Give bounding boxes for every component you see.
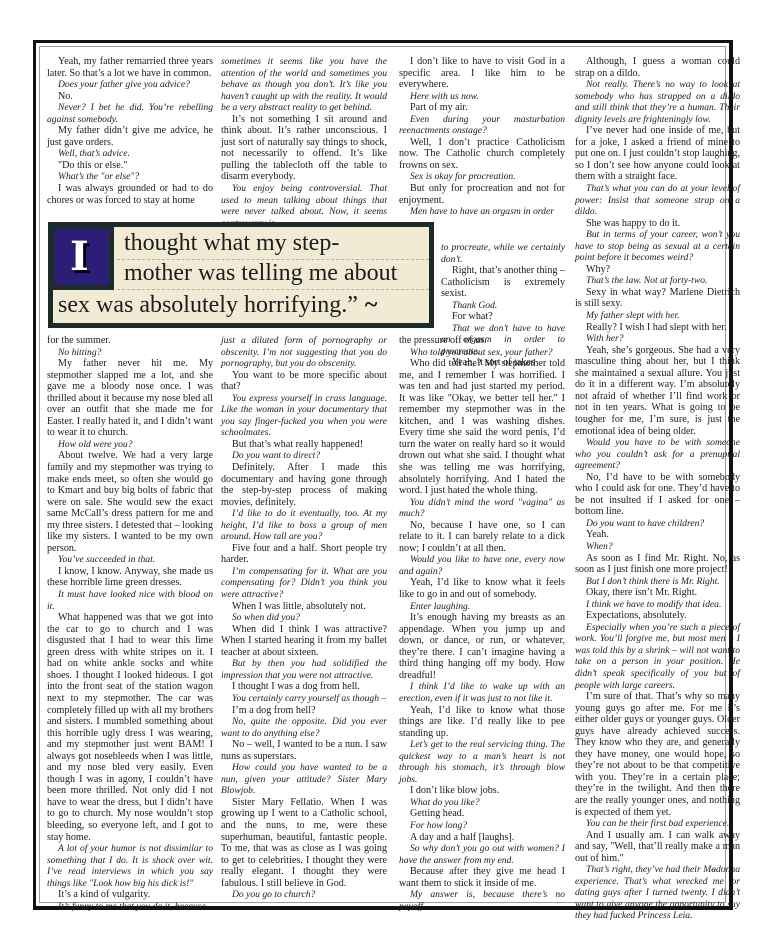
interviewee-answer: I don’t like to have to visit God in a s… bbox=[399, 56, 565, 91]
interviewer-question: You’ve succeeded in that. bbox=[47, 554, 213, 566]
interviewer-question: You can be their first bad experience. bbox=[575, 818, 740, 830]
interviewer-question: Men have to have an orgasm in order bbox=[399, 206, 565, 218]
interviewee-answer: Definitely. After I made this documentar… bbox=[221, 462, 387, 508]
pull-quote-rule bbox=[117, 289, 429, 290]
interviewer-question: My father slept with her. bbox=[575, 310, 740, 322]
interviewee-answer: Yeah, I’d like to know what those things… bbox=[399, 705, 565, 740]
column-2-top: sometimes it seems like you have the att… bbox=[221, 56, 387, 229]
interviewer-question: You certainly carry yourself as though – bbox=[221, 693, 387, 705]
interviewer-question: Enter laughing. bbox=[399, 601, 565, 613]
column-4: Although, I guess a woman could strap on… bbox=[575, 56, 740, 922]
interviewer-question: My answer is, because there’s no payoff. bbox=[399, 889, 565, 912]
interviewer-question: For how long? bbox=[399, 820, 565, 832]
interviewee-answer: Yeah. bbox=[575, 529, 740, 541]
interviewee-answer: Okay, there isn’t Mr. Right. bbox=[575, 587, 740, 599]
interviewer-question: Well, that’s advice. bbox=[47, 148, 213, 160]
interviewer-question: Even during your masturbation reenactmen… bbox=[399, 114, 565, 137]
interviewer-question: What do you like? bbox=[399, 797, 565, 809]
interviewer-question: Here with us now. bbox=[399, 91, 565, 103]
interviewee-answer: the pressure off of us. bbox=[399, 335, 565, 347]
interviewer-question: Let’s get to the real servicing thing. T… bbox=[399, 739, 565, 785]
interviewee-answer: Part of my air. bbox=[399, 102, 565, 114]
interviewer-question: Never? I bet he did. You’re rebelling ag… bbox=[47, 102, 213, 125]
interviewee-answer: My father never hit me. My stepmother sl… bbox=[47, 358, 213, 439]
interviewer-question: I’d like to do it eventually, too. At my… bbox=[221, 508, 387, 543]
interviewee-answer: Why? bbox=[575, 264, 740, 276]
interviewer-question: Who told you about sex, your father? bbox=[399, 347, 565, 359]
interviewer-question: Do you go to church? bbox=[221, 889, 387, 901]
interviewee-answer: Although, I guess a woman could strap on… bbox=[575, 56, 740, 79]
interviewer-question: When? bbox=[575, 541, 740, 553]
interviewee-answer: When did I think I was attractive? When … bbox=[221, 624, 387, 659]
drop-cap-box: I bbox=[53, 227, 111, 287]
interviewer-question: Do you want to have children? bbox=[575, 518, 740, 530]
interviewee-answer: As soon as I find Mr. Right. No, as soon… bbox=[575, 553, 740, 576]
end-mark-icon: ~ bbox=[711, 865, 716, 875]
pull-quote-line-3: sex was absolutely horrifying.” ~ bbox=[58, 292, 378, 318]
interviewee-answer: I’m sure of that. That’s why so many you… bbox=[575, 691, 740, 818]
interviewer-question: Would you like to have one, every now an… bbox=[399, 554, 565, 577]
interviewee-answer: Sexy in what way? Marlene Dietrich is st… bbox=[575, 287, 740, 310]
interviewee-answer: Yeah, she’s gorgeous. She had a very mas… bbox=[575, 345, 740, 437]
drop-cap-letter: I bbox=[70, 235, 89, 279]
interviewer-question: Not really. There’s no way to look at so… bbox=[575, 79, 740, 125]
interviewer-question: That’s what you can do at your level of … bbox=[575, 183, 740, 218]
pull-quote-line-3-text: sex was absolutely horrifying.” bbox=[58, 292, 358, 318]
interviewer-question: With her? bbox=[575, 333, 740, 345]
interviewer-question: You express yourself in crass language. … bbox=[221, 393, 387, 439]
interviewer-question: It must have looked nice with blood on i… bbox=[47, 589, 213, 612]
interviewer-question: Do you want to direct? bbox=[221, 450, 387, 462]
interviewee-answer: When I was little, absolutely not. bbox=[221, 601, 387, 613]
interviewee-answer: You want to be more specific about that? bbox=[221, 370, 387, 393]
interviewee-answer: I’ve never had one inside of me, but for… bbox=[575, 125, 740, 183]
interviewee-answer: No, I’d have to be with somebody who I c… bbox=[575, 472, 740, 518]
interviewer-question: sometimes it seems like you have the att… bbox=[221, 56, 387, 114]
interviewee-answer: Who did tell me? My stepmother told me, … bbox=[399, 358, 565, 497]
pull-quote-line-1: thought what my step- bbox=[124, 230, 339, 256]
interviewer-question: How could you have wanted to be a nun, g… bbox=[221, 762, 387, 797]
end-ornament-icon: ~ bbox=[358, 292, 378, 318]
pull-quote-line-2: mother was telling me about bbox=[124, 260, 397, 286]
column-3-bottom: the pressure off of us.Who told you abou… bbox=[399, 335, 565, 912]
interviewee-answer: I thought I was a dog from hell. bbox=[221, 681, 387, 693]
interviewer-question: to procreate, while we certainly don’t. bbox=[441, 242, 565, 265]
interviewer-question: I’m compensating for it. What are you co… bbox=[221, 566, 387, 601]
interviewee-answer: I don’t like blow jobs. bbox=[399, 785, 565, 797]
pull-quote: I thought what my step- mother was telli… bbox=[48, 222, 434, 328]
interviewee-answer: I know, I know. Anyway, she made us thes… bbox=[47, 566, 213, 589]
interviewer-question: You didn’t mind the word "vagina" as muc… bbox=[399, 497, 565, 520]
interviewee-answer: Because after they give me head I want t… bbox=[399, 866, 565, 889]
interviewer-question: What’s the "or else"? bbox=[47, 171, 213, 183]
interviewee-answer: But that’s what really happened! bbox=[221, 439, 387, 451]
interviewee-answer: No, because I have one, so I can relate … bbox=[399, 520, 565, 555]
interviewee-answer: Getting head. bbox=[399, 808, 565, 820]
interviewee-answer: For what? bbox=[441, 311, 565, 323]
interviewee-answer: My father didn’t give me advice, he just… bbox=[47, 125, 213, 148]
interviewer-question: It’s funny to me that you do it, because bbox=[47, 901, 213, 913]
interviewer-question: I think I’d like to wake up with an erec… bbox=[399, 681, 565, 704]
interviewer-question: So when did you? bbox=[221, 612, 387, 624]
interviewer-question: How old were you? bbox=[47, 439, 213, 451]
interviewer-question: But I don’t think there is Mr. Right. bbox=[575, 576, 740, 588]
interviewee-answer: Well, I don’t practice Catholicism now. … bbox=[399, 137, 565, 172]
interviewee-answer: A day and a half [laughs]. bbox=[399, 832, 565, 844]
interviewee-answer: for the summer. bbox=[47, 335, 213, 347]
interviewee-answer: Sister Mary Fellatio. When I was growing… bbox=[221, 797, 387, 889]
interviewer-question: Sex is okay for procreation. bbox=[399, 171, 565, 183]
interviewee-answer: Expectations, absolutely. bbox=[575, 610, 740, 622]
interviewer-question: just a diluted form of pornography or ob… bbox=[221, 335, 387, 370]
interviewer-question: But by then you had solidified the impre… bbox=[221, 658, 387, 681]
interviewer-question: No hitting? bbox=[47, 347, 213, 359]
column-2-bottom: just a diluted form of pornography or ob… bbox=[221, 335, 387, 901]
interviewee-answer: Five four and a half. Short people try h… bbox=[221, 543, 387, 566]
interviewee-answer: Yeah, my father remarried three years la… bbox=[47, 56, 213, 79]
interviewer-question: Does your father give you advice? bbox=[47, 79, 213, 91]
interviewee-answer: But only for procreation and not for enj… bbox=[399, 183, 565, 206]
interviewee-answer: "Do this or else." bbox=[47, 160, 213, 172]
interviewee-answer: It’s not something I sit around and thin… bbox=[221, 114, 387, 183]
column-1-bottom: for the summer.No hitting?My father neve… bbox=[47, 335, 213, 912]
interviewer-question: A lot of your humor is not dissimilar to… bbox=[47, 843, 213, 889]
interviewer-question: So why don’t you go out with women? I ha… bbox=[399, 843, 565, 866]
interviewee-answer: And I usually am. I can walk away and sa… bbox=[575, 830, 740, 865]
interviewee-answer: I was always grounded or had to do chore… bbox=[47, 183, 213, 206]
interviewer-question: Especially when you’re such a piece of w… bbox=[575, 622, 740, 691]
interviewee-answer: No – well, I wanted to be a nun. I saw n… bbox=[221, 739, 387, 762]
column-3-top: I don’t like to have to visit God in a s… bbox=[399, 56, 565, 218]
interviewer-question: But in terms of your career, won’t you h… bbox=[575, 229, 740, 264]
interviewee-answer: What happened was that we got into the c… bbox=[47, 612, 213, 843]
interviewee-answer: She was happy to do it. bbox=[575, 218, 740, 230]
interviewee-answer: Really? I wish I had slept with her. bbox=[575, 322, 740, 334]
interviewer-question: No, quite the opposite. Did you ever wan… bbox=[221, 716, 387, 739]
interviewer-question: I think we have to modify that idea. bbox=[575, 599, 740, 611]
column-1-top: Yeah, my father remarried three years la… bbox=[47, 56, 213, 206]
interviewee-answer: No. bbox=[47, 91, 213, 103]
interviewee-answer: Yeah, I’d like to know what it feels lik… bbox=[399, 577, 565, 600]
interviewee-answer: Right, that’s another thing – Catholicis… bbox=[441, 265, 565, 300]
interviewer-question: Thank God. bbox=[441, 300, 565, 312]
interviewee-answer: I’m a dog from hell? bbox=[221, 705, 387, 717]
interviewer-question: Would you have to be with someone who yo… bbox=[575, 437, 740, 472]
interviewee-answer: About twelve. We had a very large family… bbox=[47, 450, 213, 554]
interviewer-question: That’s the law. Not at forty-two. bbox=[575, 275, 740, 287]
interviewee-answer: It’s enough having my breasts as an appe… bbox=[399, 612, 565, 681]
interviewee-answer: It’s a kind of vulgarity. bbox=[47, 889, 213, 901]
